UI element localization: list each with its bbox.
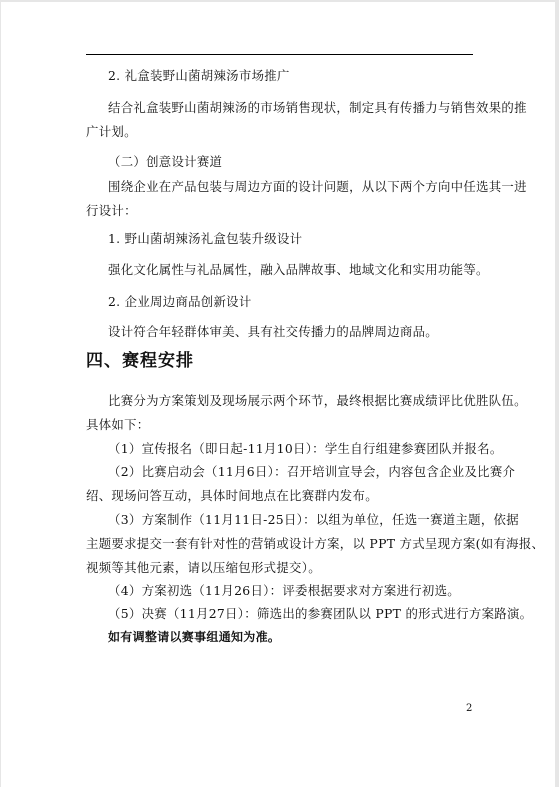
schedule-item: （3）方案制作（11月11日-25日）：以组为单位，任选一赛道主题，依据 [108,512,519,528]
paragraph-line: 主题要求提交一套有针对性的营销或设计方案，以 PPT 方式呈现方案(如有海报、 [86,536,544,552]
paragraph-line: 设计符合年轻群体审美、具有社交传播力的品牌周边商品。 [108,324,438,340]
subsection-title: （二）创意设计赛道 [108,154,222,170]
subsection-item-1: 1. 野山菌胡辣汤礼盒包装升级设计 [108,231,302,247]
header-rule [86,54,473,55]
paragraph-line: 绍、现场问答互动，具体时间地点在比赛群内发布。 [86,488,378,504]
paragraph-line: 视频等其他元素，请以压缩包形式提交）。 [86,560,321,576]
paragraph-line: 具体如下： [86,417,149,433]
schedule-item: （2）比赛启动会（11月6日）：召开培训宣导会，内容包含企业及比赛介 [108,464,515,480]
schedule-item: （1）宣传报名（即日起-11月10日）：学生自行组建参赛团队并报名。 [108,441,503,457]
subsection-item-2: 2. 企业周边商品创新设计 [108,294,252,310]
page-number: 2 [466,703,472,715]
paragraph-line: 行设计： [86,203,137,219]
section-heading: 四、赛程安排 [86,350,194,372]
paragraph-line: 强化文化属性与礼品属性，融入品牌故事、地域文化和实用功能等。 [108,262,489,278]
paragraph-line: 广计划。 [86,124,137,140]
document-page: 2. 礼盒装野山菌胡辣汤市场推广 结合礼盒装野山菌胡辣汤的市场销售现状，制定具有… [1,2,555,787]
paragraph-line: 结合礼盒装野山菌胡辣汤的市场销售现状，制定具有传播力与销售效果的推 [108,100,527,116]
subsection-item-2: 2. 礼盒装野山菌胡辣汤市场推广 [108,68,290,84]
schedule-item: （5）决赛（11月27日）：筛选出的参赛团队以 PPT 的形式进行方案路演。 [108,606,532,622]
paragraph-line: 比赛分为方案策划及现场展示两个环节，最终根据比赛成绩评比优胜队伍。 [108,393,527,409]
schedule-item: （4）方案初选（11月26日）：评委根据要求对方案进行初选。 [108,583,460,599]
notice-text: 如有调整请以赛事组通知为准。 [108,629,280,645]
paragraph-line: 围绕企业在产品包装与周边方面的设计问题，从以下两个方向中任选其一进 [108,179,527,195]
